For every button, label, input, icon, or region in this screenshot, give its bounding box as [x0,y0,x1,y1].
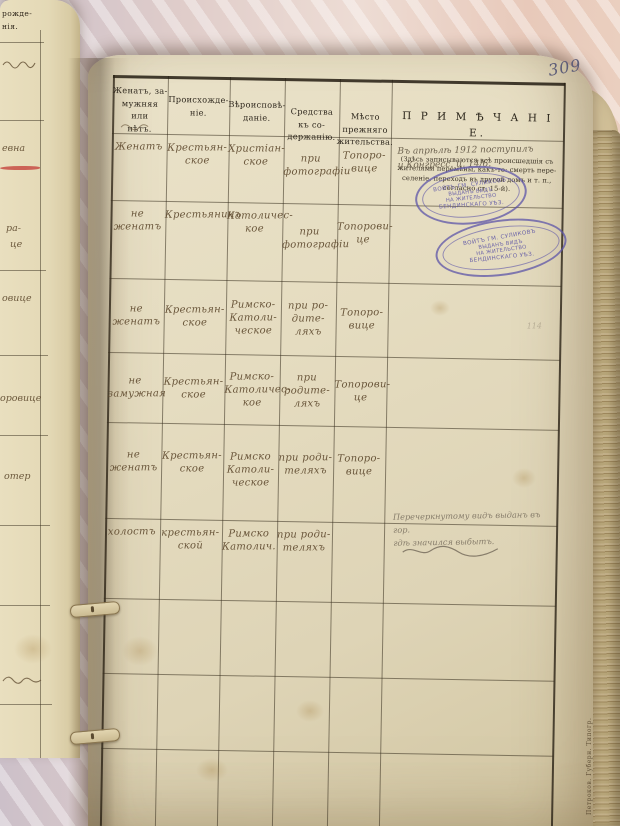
left-page-handwriting-fragment: це [10,238,22,252]
cell-means: при роди- теляхъ [278,425,334,521]
cell-married: не женатъ [106,422,162,518]
left-page-edge: рожде- нія. евна ра- це овице оровице от… [0,0,80,758]
cell-place: Топорови- це [337,204,390,282]
remark-pencil-number: 114 [527,320,543,333]
left-page-grid-line [0,435,48,436]
left-page-grid-line [0,704,52,705]
left-page-grid-line [0,120,44,121]
left-page-handwriting-fragment: оровице [0,392,41,406]
cell-religion: Христіан- ское [228,135,284,202]
cell-origin: Крестьян- ское [161,423,224,520]
table-row: не замужная Крестьян- ское Римско- Катол… [107,352,560,430]
handwriting-squiggle [2,58,38,70]
cell-means: при роди- теляхъ [276,521,332,601]
cell-origin: Крестьян- ское [162,375,224,402]
left-page-grid-line [0,42,44,43]
photo-scene: рожде- нія. евна ра- це овице оровице от… [0,0,620,826]
cell-means: при родите- ляхъ [279,371,334,410]
cell-origin: Крестьян- ское [164,303,226,330]
signature-squiggle [401,542,501,560]
cell-origin: крестьян- ской [159,519,222,600]
left-page-handwriting-fragment: отер [4,470,30,484]
cell-religion: Римско- Католичес- кое [224,370,279,409]
cell-religion: Римско- Католи- ческое [226,298,281,337]
table-header-row: Женатъ, за- мужняя или нѣтъ. Происхожде-… [112,78,565,141]
cell-married: не женатъ [110,200,166,278]
cell-married: не женатъ [109,302,164,328]
cell-origin: Крестьян- ское [166,134,229,202]
cell-origin: Крестьянинъ [165,201,228,280]
cell-remark [387,393,560,395]
registry-table: Женатъ, за- мужняя или нѣтъ. Происхожде-… [100,75,565,826]
red-pencil-mark [0,166,40,170]
handwriting-squiggle [120,121,154,132]
left-page-grid-line [0,605,50,606]
handwriting-squiggle [2,672,42,686]
left-page-grid-line [0,525,50,526]
page-number: 309 [547,55,583,80]
cell-place: Топоро- вице [333,426,386,522]
left-page-handwriting-fragment: евна [2,142,25,156]
cell-married: Женатъ [111,133,167,200]
printer-imprint: Петроков. Губерн. Типогр. [586,718,593,815]
cell-religion: Римско Католи- ческое [223,424,279,520]
left-page-handwriting-fragment: овице [2,292,32,306]
left-page-grid-line [0,270,46,271]
cell-place: Топорови- це [334,378,386,404]
registry-page: 309 Женатъ, за- мужняя или нѣтъ. [88,55,593,826]
cell-place: Топоро- вице [336,306,388,332]
cell-religion: Римско Католич. [221,520,277,600]
left-page-handwriting-fragment: ра- [6,222,21,236]
cell-place [331,522,384,602]
cell-religion: Католичес- кое [227,202,283,280]
left-page-grid-line [0,355,48,356]
stamp-inner-ring [420,168,522,222]
left-page-header-fragment: рожде- нія. [2,8,42,34]
cell-means: при ро- дите- ляхъ [281,299,336,338]
cell-means: при фотографіи [282,203,338,281]
cell-place: Топоро- вице [338,137,391,204]
cell-married: не замужная [107,374,162,400]
table-row: не женатъ Крестьян- ское Римско- Католи-… [108,278,561,360]
cell-married: холостъ [104,518,160,598]
cell-means: при фотографіи [283,136,339,203]
